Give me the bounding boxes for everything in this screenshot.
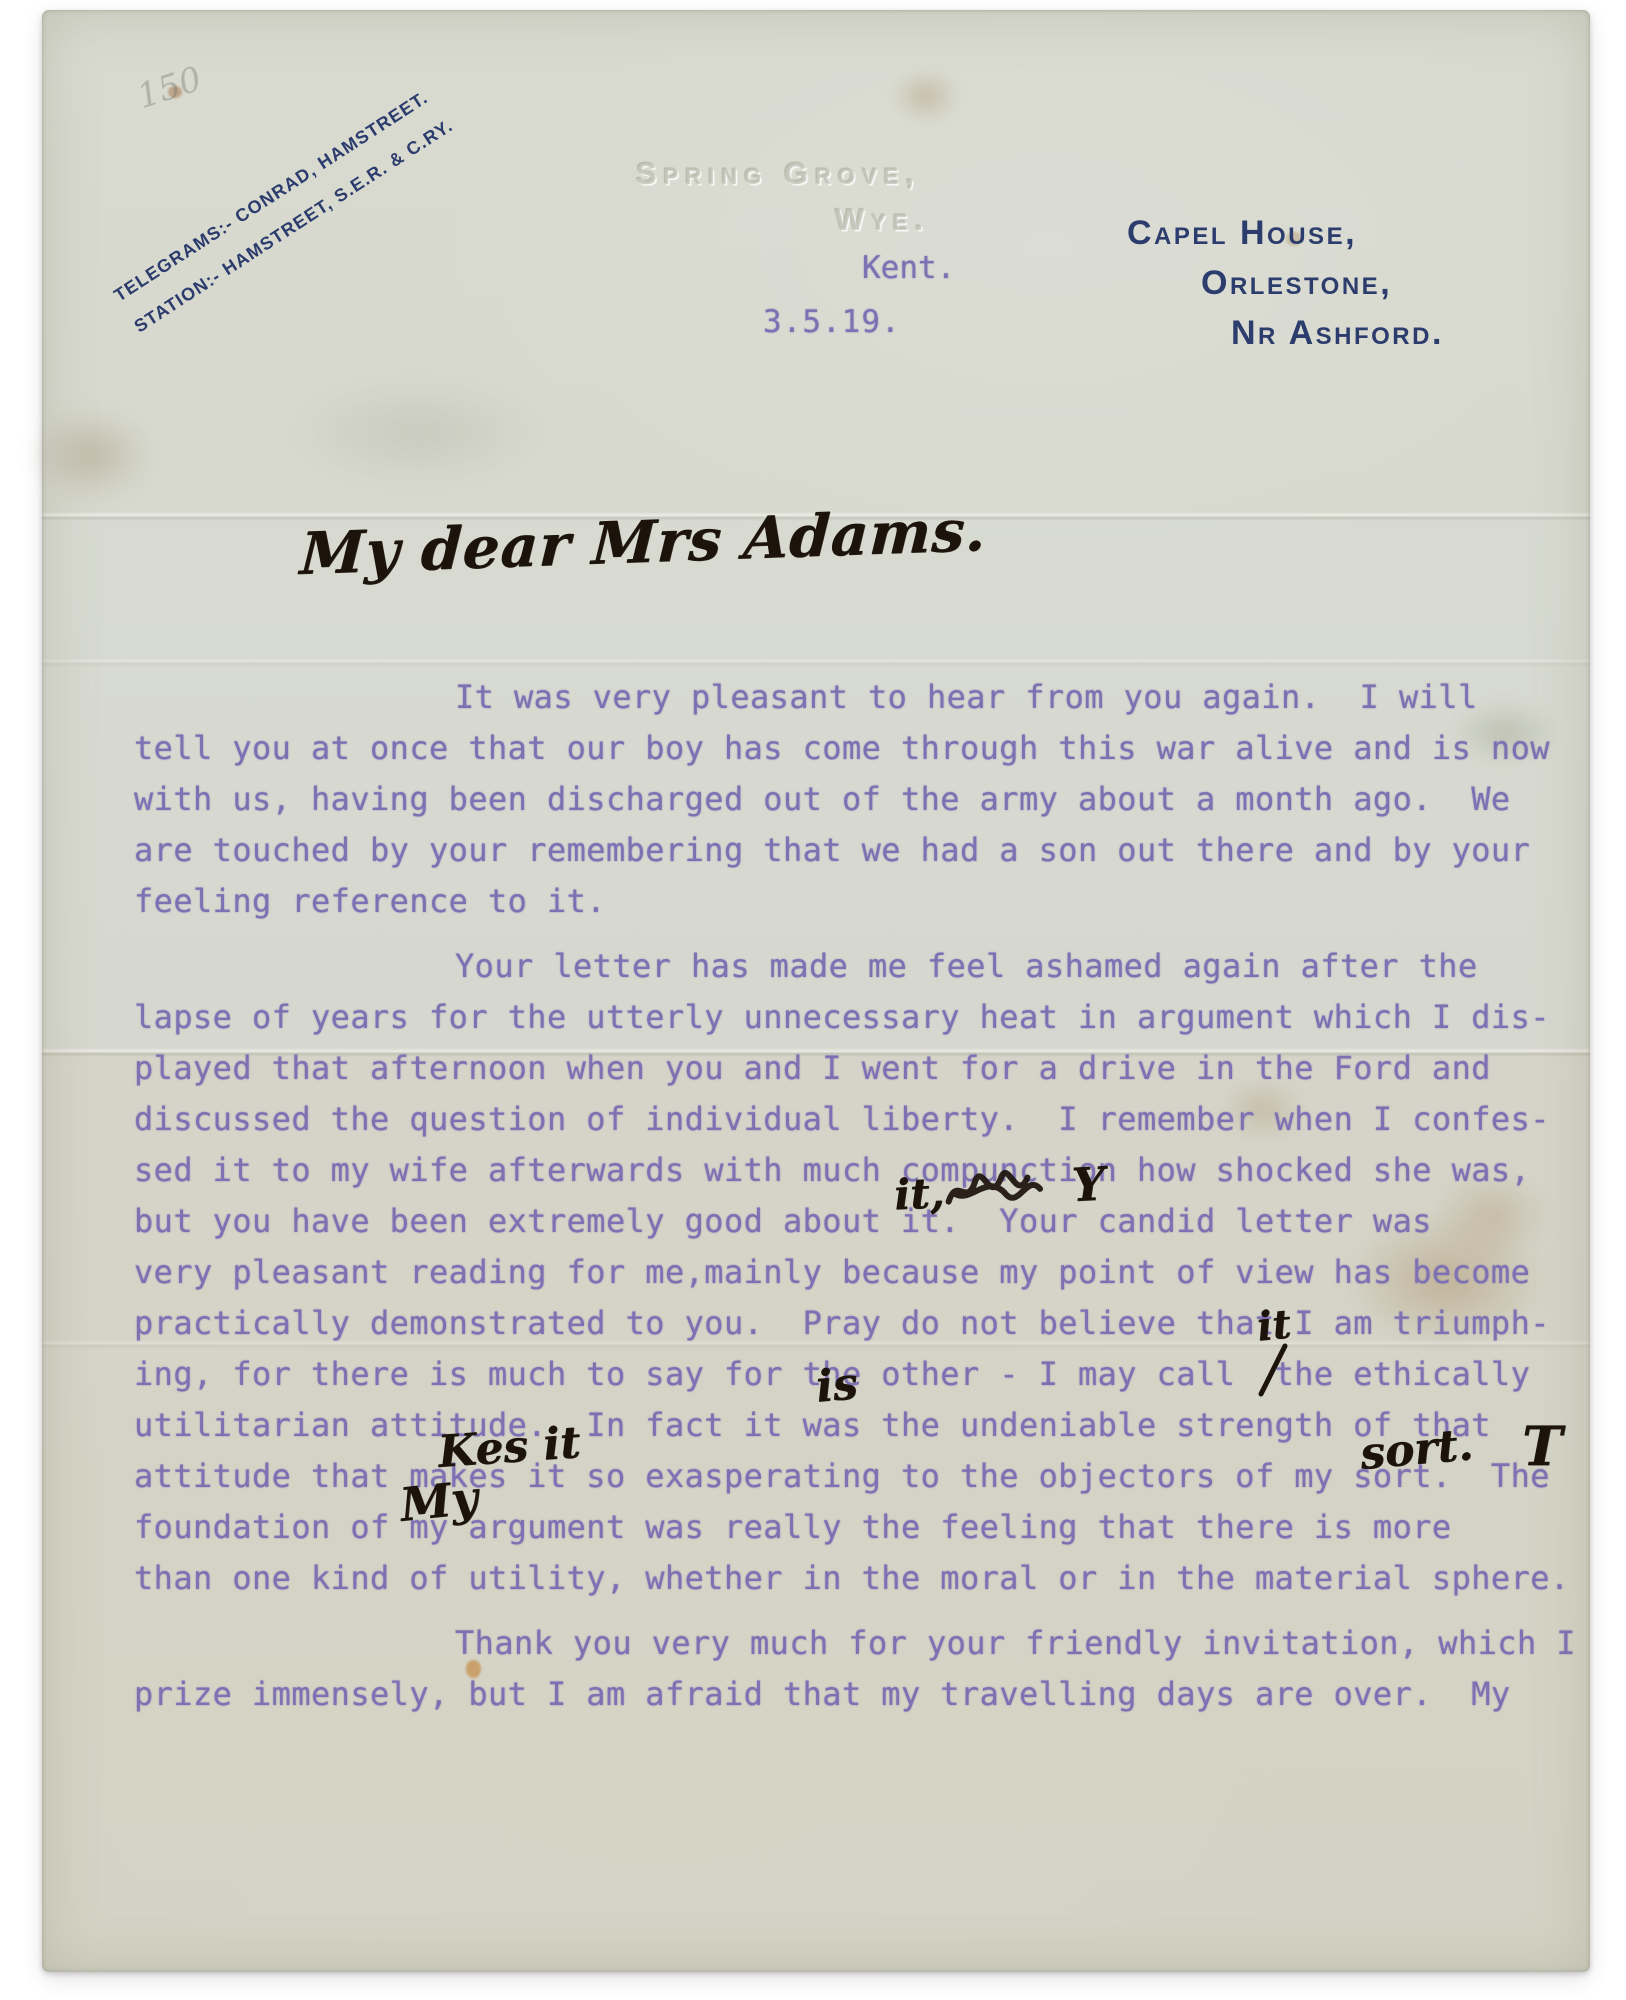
salutation-handwritten: My dear Mrs Adams. — [298, 496, 988, 588]
stain — [890, 68, 962, 124]
address-line: Nr Ashford. — [1127, 308, 1444, 358]
typed-line: feeling reference to it. — [134, 876, 1576, 927]
typed-line: Thank you very much for your friendly in… — [134, 1618, 1576, 1669]
typed-line: are touched by your remembering that we … — [134, 825, 1576, 876]
typed-line: but you have been extremely good about i… — [134, 1196, 1576, 1247]
fold-crease — [42, 658, 1590, 667]
typed-line: Your letter has made me feel ashamed aga… — [134, 941, 1576, 992]
stain — [30, 410, 150, 500]
letter-body: It was very pleasant to hear from you ag… — [134, 672, 1576, 1720]
correction-it-and-scribble: it, Y — [893, 1157, 1106, 1222]
typed-line: prize immensely, but I am afraid that my… — [134, 1669, 1576, 1720]
hand-overwrite-makes: Kes it — [436, 1417, 582, 1478]
typed-line: sed it to my wife afterwards with much c… — [134, 1145, 1576, 1196]
hand-overwrite-is: is — [814, 1358, 860, 1412]
typed-county: Kent. — [862, 250, 955, 286]
typed-line: practically demonstrated to you. Pray do… — [134, 1298, 1576, 1349]
address-line: Capel House, — [1127, 208, 1444, 258]
typed-line: It was very pleasant to hear from you ag… — [134, 672, 1576, 723]
pencil-mark: 150 — [132, 59, 206, 117]
body-paragraph: It was very pleasant to hear from you ag… — [134, 672, 1576, 927]
address-line: Orlestone, — [1127, 258, 1444, 308]
typed-line: discussed the question of individual lib… — [134, 1094, 1576, 1145]
address-block: Capel House, Orlestone, Nr Ashford. — [1127, 208, 1444, 358]
typed-line: than one kind of utility, whether in the… — [134, 1553, 1576, 1604]
letter-scan: 150 TELEGRAMS:- CONRAD, HAMSTREET. STATI… — [0, 0, 1626, 2000]
typed-line: foundation of my argument was really the… — [134, 1502, 1576, 1553]
typed-line: tell you at once that our boy has come t… — [134, 723, 1576, 774]
embossed-town-name: Wye. — [835, 202, 930, 238]
hand-overwrite-the-initial: T — [1522, 1414, 1562, 1478]
typed-line: played that afternoon when you and I wen… — [134, 1043, 1576, 1094]
hand-insert-it-comma: it, — [893, 1167, 945, 1219]
typed-date: 3.5.19. — [763, 304, 901, 340]
ink-scribble-blot-icon — [943, 1161, 1073, 1216]
letter-paper: 150 TELEGRAMS:- CONRAD, HAMSTREET. STATI… — [42, 10, 1590, 1972]
hand-overwrite-sort: sort. — [1358, 1419, 1475, 1480]
telegrams-stamp: TELEGRAMS:- CONRAD, HAMSTREET. STATION:-… — [106, 77, 461, 344]
hand-overwrite-your-initial: Y — [1070, 1157, 1106, 1213]
station-line: STATION:- HAMSTREET, S.E.R. & C.RY. — [126, 108, 461, 344]
typed-line: lapse of years for the utterly unnecessa… — [134, 992, 1576, 1043]
body-paragraph: Thank you very much for your friendly in… — [134, 1618, 1576, 1720]
stain — [292, 382, 542, 482]
typed-line: very pleasant reading for me,mainly beca… — [134, 1247, 1576, 1298]
body-paragraph: Your letter has made me feel ashamed aga… — [134, 941, 1576, 1604]
hand-overwrite-my: My — [397, 1470, 480, 1532]
insertion-caret-icon — [1256, 1342, 1290, 1398]
typed-line: with us, having been discharged out of t… — [134, 774, 1576, 825]
embossed-house-name: Spring Grove, — [636, 156, 921, 192]
